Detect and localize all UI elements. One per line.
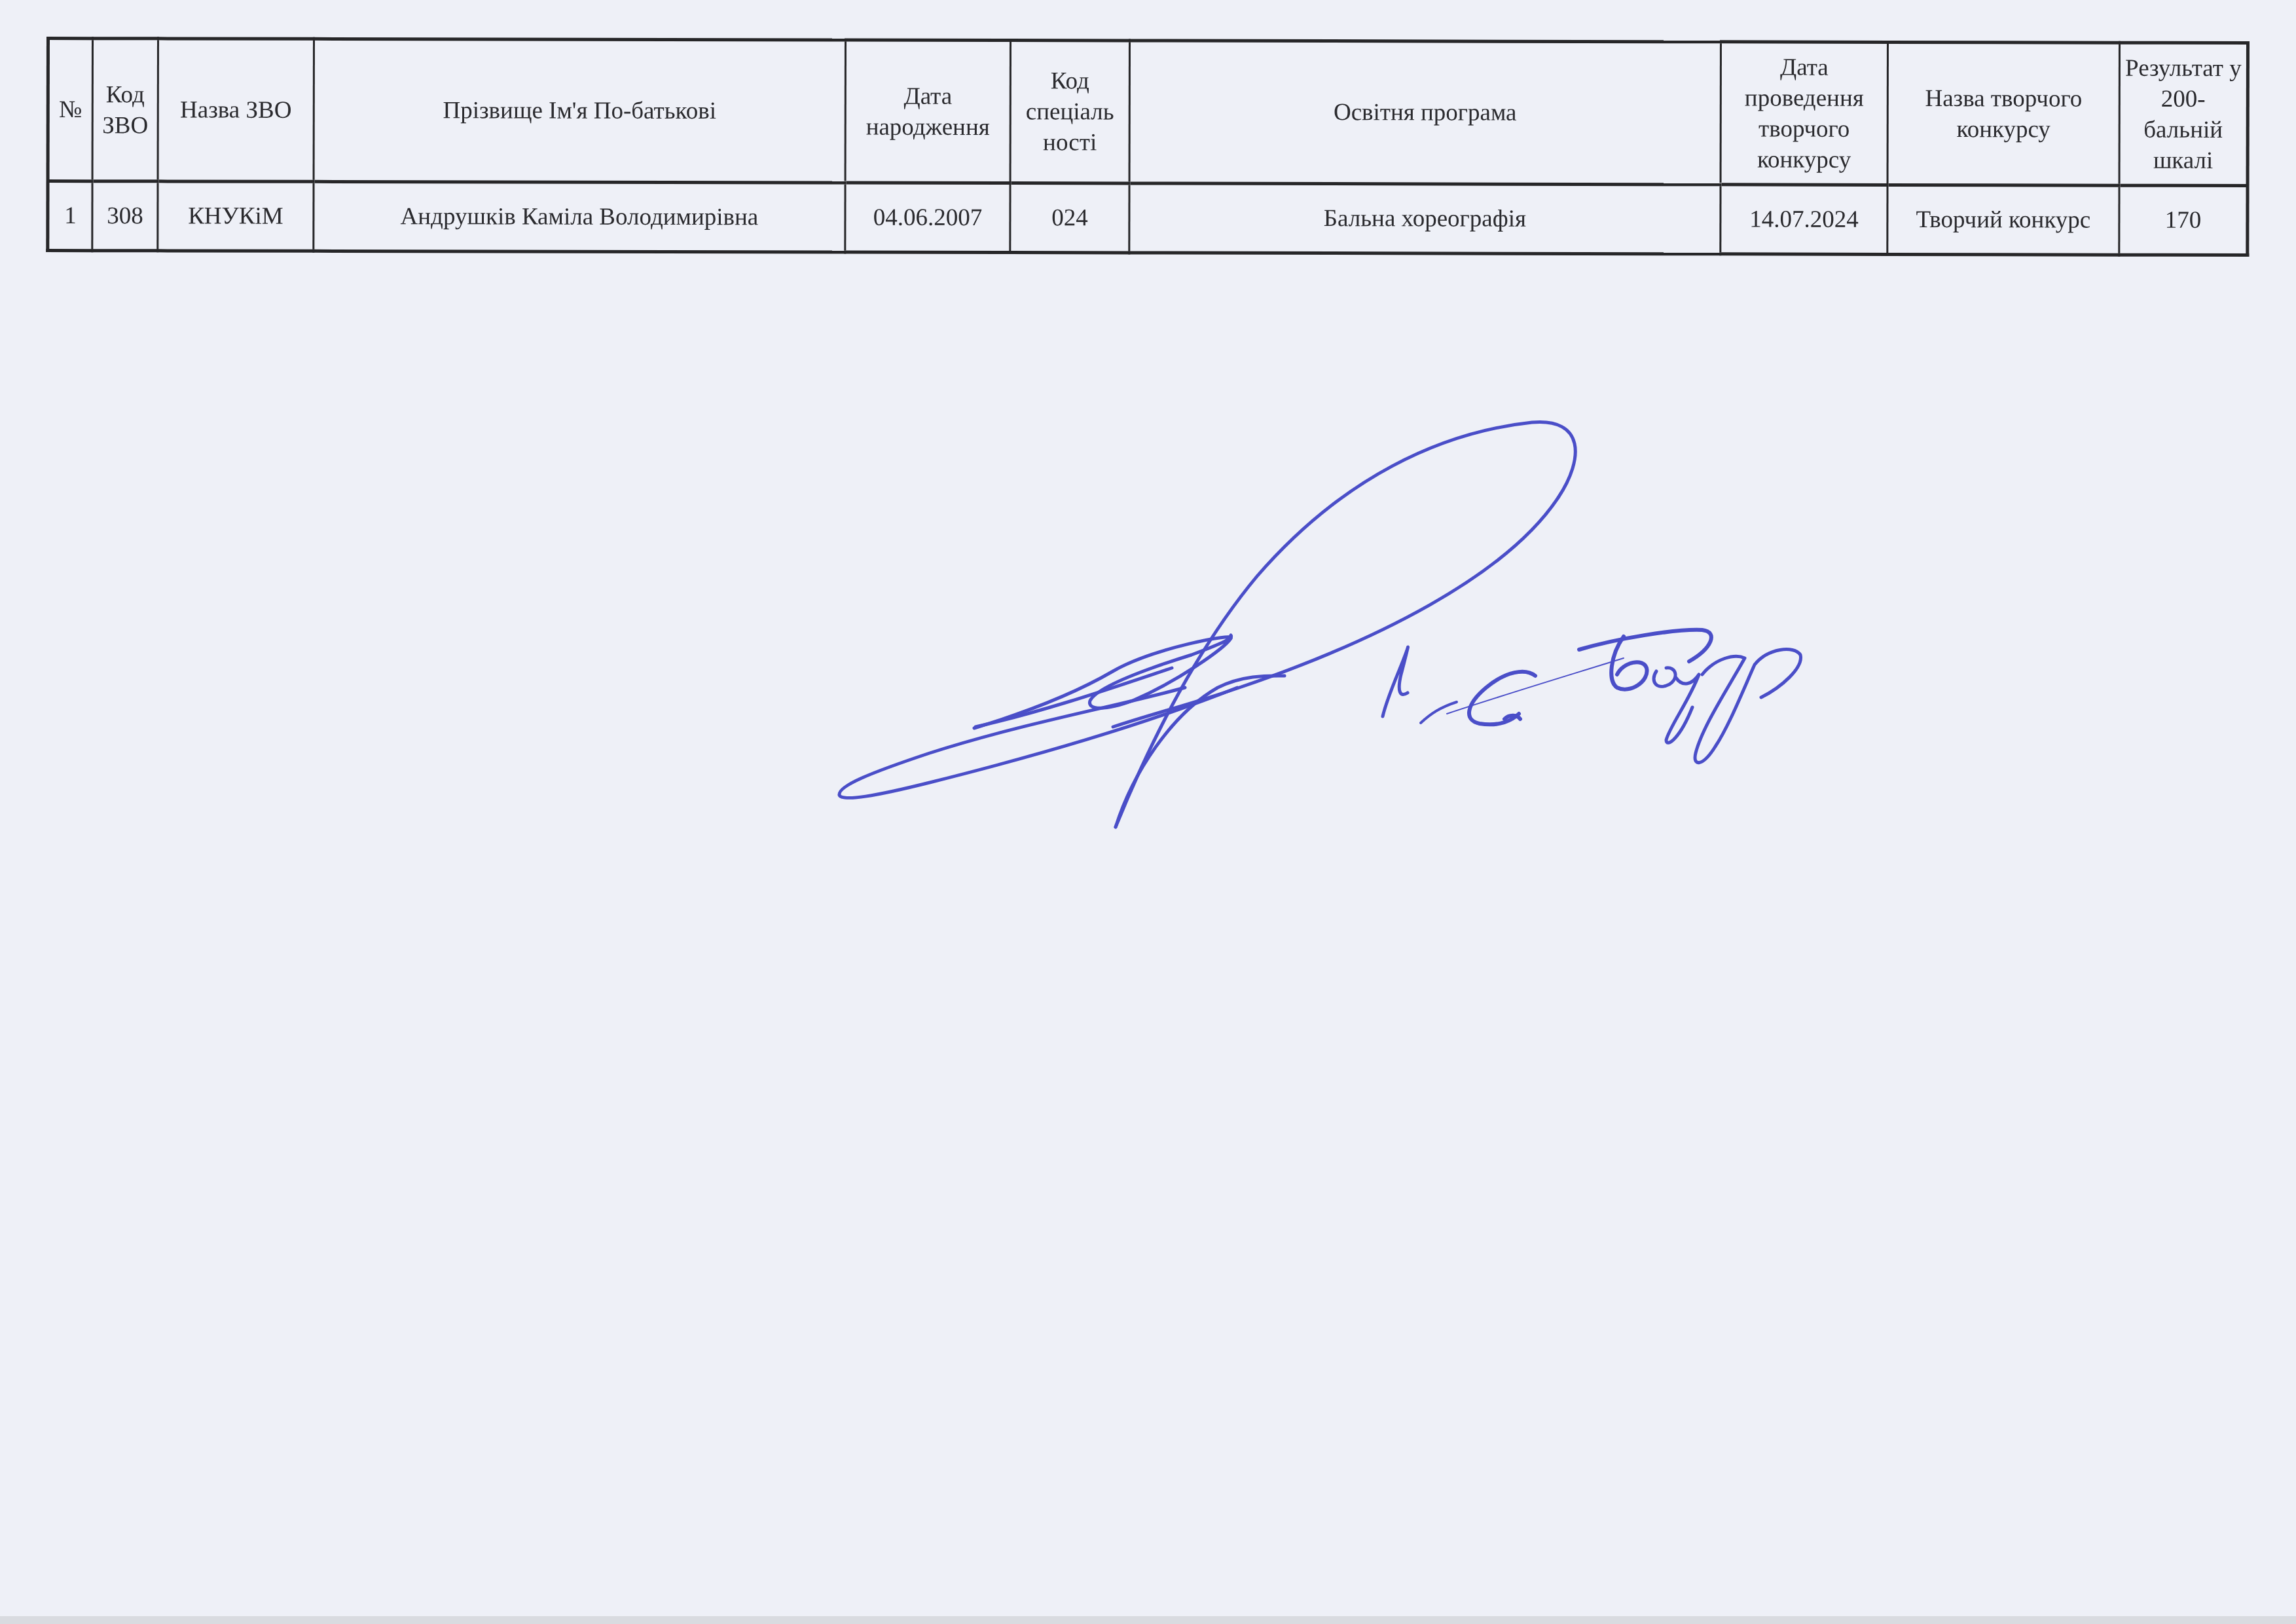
cell-full-name: Андрушків Каміла Володимирівна bbox=[314, 181, 845, 252]
results-table: № Код ЗВО Назва ЗВО Прізвище Ім'я По-бат… bbox=[46, 37, 2250, 257]
cell-number: 1 bbox=[48, 181, 92, 251]
header-specialty-code: Код спеціаль ності bbox=[1010, 41, 1129, 183]
cell-contest-date: 14.07.2024 bbox=[1721, 185, 1887, 255]
header-program: Освітня програма bbox=[1129, 41, 1721, 185]
header-contest-name: Назва творчого конкурсу bbox=[1887, 42, 2119, 185]
cell-birth-date: 04.06.2007 bbox=[845, 183, 1010, 253]
cell-contest-name: Творчий конкурс bbox=[1887, 185, 2119, 255]
header-institution-name: Назва ЗВО bbox=[158, 39, 314, 181]
header-number: № bbox=[48, 39, 92, 181]
header-contest-date: Дата проведення творчого конкурсу bbox=[1721, 42, 1887, 185]
cell-institution-name: КНУКіМ bbox=[158, 181, 314, 251]
table-row: 1 308 КНУКіМ Андрушків Каміла Володимирі… bbox=[48, 181, 2248, 255]
table-header-row: № Код ЗВО Назва ЗВО Прізвище Ім'я По-бат… bbox=[48, 39, 2248, 186]
cell-score: 170 bbox=[2119, 185, 2248, 255]
header-birth-date: Дата народження bbox=[845, 40, 1010, 183]
page-edge bbox=[0, 1616, 2296, 1624]
header-score: Результат у 200-бальній шкалі bbox=[2119, 43, 2248, 185]
cell-institution-code: 308 bbox=[92, 181, 158, 251]
cell-specialty-code: 024 bbox=[1010, 183, 1129, 253]
cell-program: Бальна хореографія bbox=[1129, 183, 1721, 254]
header-full-name: Прізвище Ім'я По-батькові bbox=[314, 39, 845, 183]
header-institution-code: Код ЗВО bbox=[92, 39, 158, 181]
